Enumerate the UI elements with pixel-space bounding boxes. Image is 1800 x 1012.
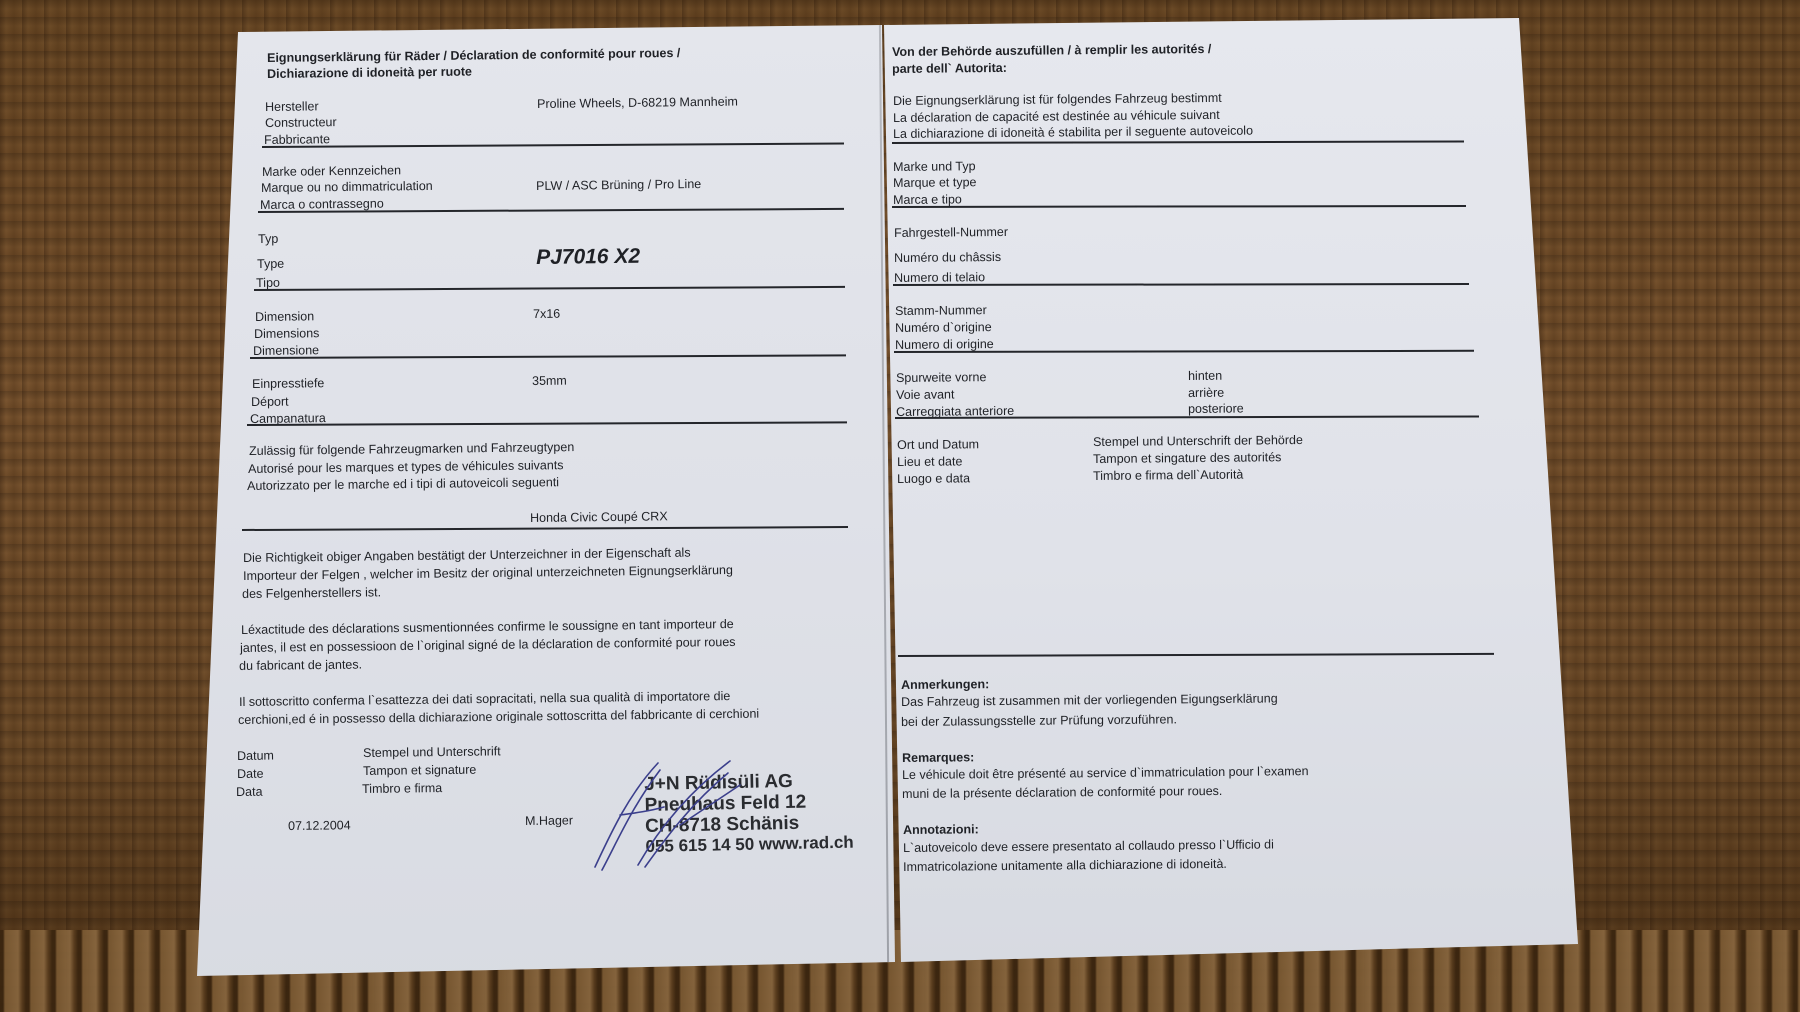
date-label: Datum	[237, 750, 274, 763]
signature-label: Timbro e firma	[362, 782, 442, 795]
notes-heading-de: Anmerkungen:	[901, 678, 989, 691]
signature-label: Tampon et signature	[363, 764, 476, 778]
brand-value: PLW / ASC Brüning / Pro Line	[536, 178, 701, 193]
place-date-label: Luogo e data	[897, 472, 970, 485]
paragraph-fr-line: du fabricant de jantes.	[239, 658, 362, 672]
authority-title: Von der Behörde auszufüllen / à remplir …	[892, 43, 1211, 59]
field-label: Constructeur	[265, 116, 337, 129]
dimension-value: 7x16	[533, 308, 560, 321]
notes-line: Immatricolazione unitamente alla dichiar…	[903, 858, 1227, 874]
offset-value: 35mm	[532, 375, 567, 388]
field-label: Typ	[258, 233, 278, 246]
chassis-label: Numero di telaio	[894, 271, 985, 284]
track-rear-label: arrière	[1188, 387, 1224, 400]
field-label: Marque ou no dimmatriculation	[261, 180, 433, 195]
notes-line: bei der Zulassungsstelle zur Prüfung vor…	[901, 713, 1177, 728]
authority-signature-label: Tampon et singature des autorités	[1093, 451, 1281, 465]
origin-label: Stamm-Nummer	[895, 304, 987, 317]
field-label: Marke oder Kennzeichen	[262, 164, 401, 178]
date-label: Date	[237, 768, 264, 781]
signer-name: M.Hager	[525, 814, 573, 827]
track-rear-label: posteriore	[1188, 402, 1244, 415]
approved-vehicle-value: Honda Civic Coupé CRX	[530, 510, 668, 524]
field-label: Dimensione	[253, 344, 319, 357]
notes-heading-fr: Remarques:	[902, 751, 974, 764]
field-label: Dimension	[255, 310, 314, 323]
field-label: Dimensions	[254, 327, 319, 340]
make-type-label: Marke und Typ	[893, 160, 976, 173]
track-front-label: Voie avant	[896, 388, 955, 401]
intro-line: Die Eignungserklärung ist für folgendes …	[893, 92, 1222, 108]
declaration-title-italian: Dichiarazione di idoneità per ruote	[267, 65, 472, 80]
handwritten-signature	[580, 755, 760, 875]
origin-label: Numéro d`origine	[895, 321, 992, 334]
place-date-label: Ort und Datum	[897, 438, 979, 451]
authority-title-italian: parte dell` Autorita:	[892, 62, 1007, 76]
field-label: Déport	[251, 396, 289, 409]
authority-signature-label: Timbro e firma dell`Autorità	[1093, 469, 1243, 483]
manufacturer-value: Proline Wheels, D-68219 Mannheim	[537, 96, 738, 111]
make-type-label: Marca e tipo	[893, 193, 962, 206]
signature-label: Stempel und Unterschrift	[363, 745, 501, 759]
notes-line: muni de la présente déclaration de confo…	[902, 785, 1222, 801]
field-label: Type	[257, 258, 284, 271]
field-label: Hersteller	[265, 100, 319, 113]
make-type-label: Marque et type	[893, 176, 977, 189]
paragraph-de-line: des Felgenherstellers ist.	[242, 586, 381, 600]
date-value: 07.12.2004	[288, 819, 351, 832]
field-label: Tipo	[256, 277, 280, 290]
chassis-label: Numéro du châssis	[894, 251, 1001, 265]
chassis-label: Fahrgestell-Nummer	[894, 226, 1008, 240]
notes-heading-it: Annotazioni:	[903, 823, 979, 836]
track-rear-label: hinten	[1188, 370, 1222, 383]
place-date-label: Lieu et date	[897, 455, 962, 468]
track-front-label: Spurweite vorne	[896, 371, 986, 384]
date-label: Data	[236, 786, 263, 799]
authority-signature-label: Stempel und Unterschrift der Behörde	[1093, 434, 1303, 449]
intro-line: La déclaration de capacité est destinée …	[893, 109, 1220, 125]
type-value: PJ7016 X2	[536, 246, 640, 268]
field-label: Fabbricante	[264, 133, 330, 146]
field-label: Einpresstiefe	[252, 377, 324, 390]
field-label: Marca o contrassegno	[260, 197, 384, 211]
origin-label: Numero di origine	[895, 338, 994, 351]
